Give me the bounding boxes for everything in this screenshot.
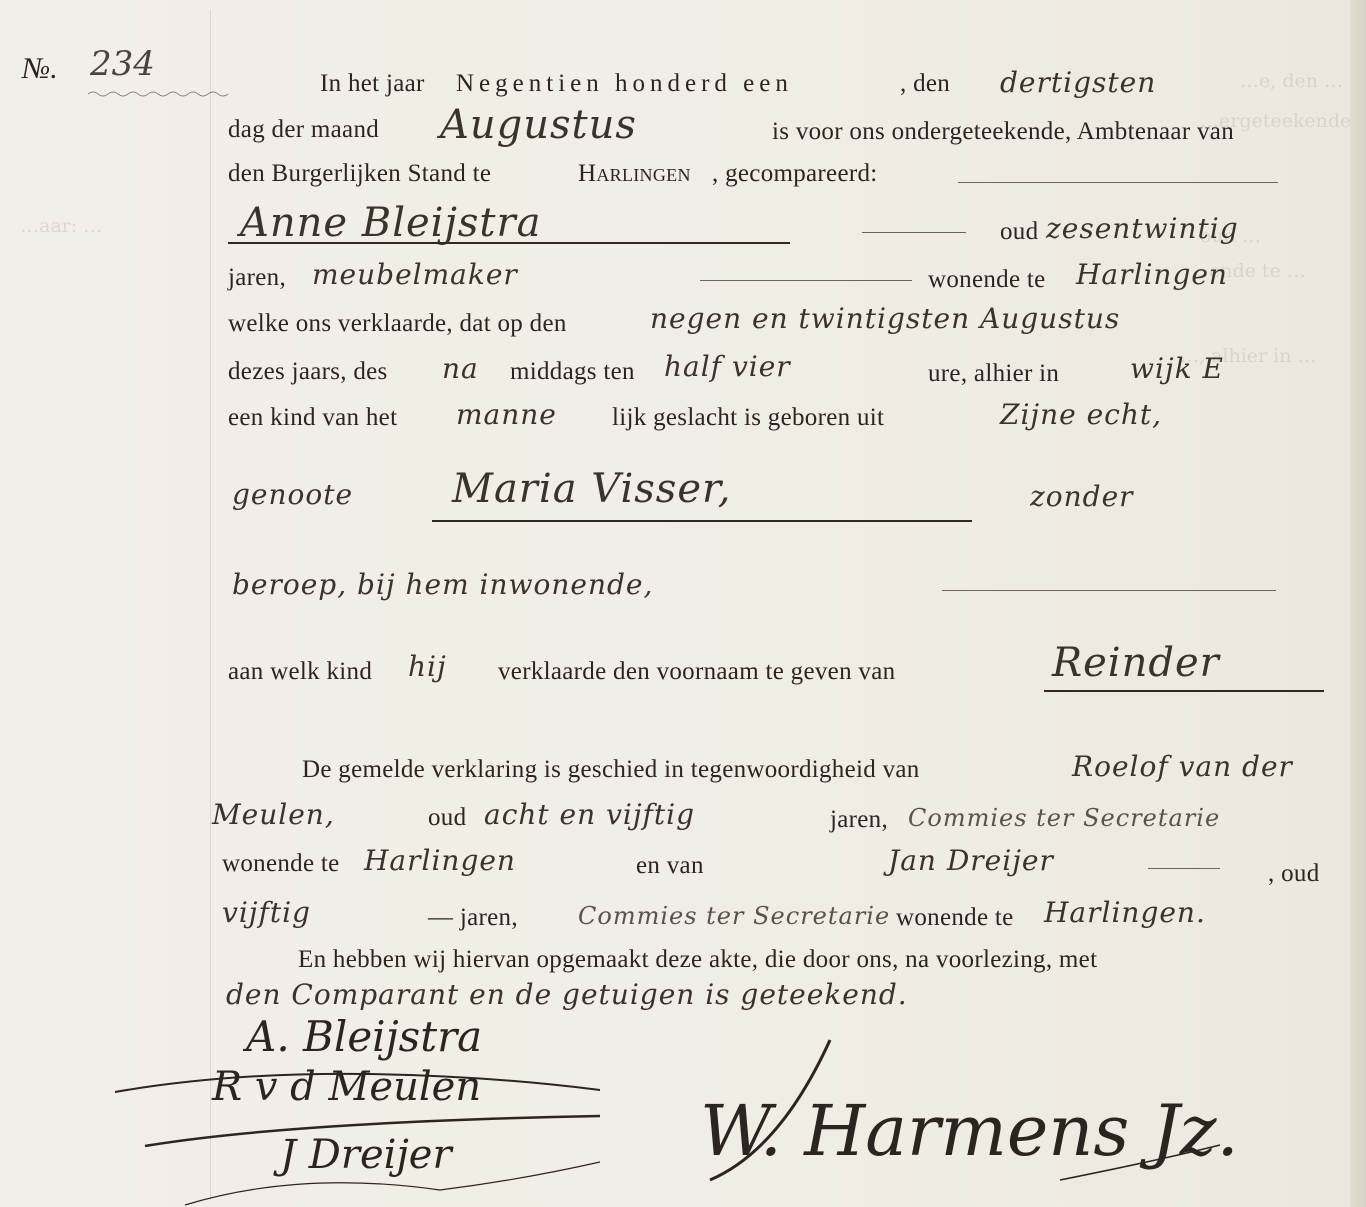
handwritten-mother-occupation: zonder (1030, 480, 1134, 513)
handwritten-age: zesentwintig (1046, 212, 1239, 245)
handwritten-sex: manne (456, 398, 557, 431)
signature-flourish-icon (180, 1150, 610, 1207)
printed-text: lijk geslacht is geboren uit (612, 404, 884, 432)
printed-text: is voor ons ondergeteekende, Ambtenaar v… (772, 118, 1234, 146)
printed-text: jaren, (830, 806, 888, 834)
handwritten-witness1-age: acht en vijftig (484, 798, 695, 831)
printed-text: De gemelde verklaring is geschied in teg… (302, 756, 920, 784)
printed-text: wonende te (928, 266, 1046, 294)
handwritten-witness2-residence: Harlingen. (1044, 896, 1206, 929)
handwritten-witness1-surname: Meulen, (212, 798, 335, 831)
name-underline (1044, 690, 1324, 692)
printed-text: — jaren, (428, 904, 518, 932)
printed-text: en van (636, 852, 704, 880)
blank-rule (1148, 868, 1220, 869)
blank-rule (862, 232, 966, 233)
printed-text: wonende te (896, 904, 1014, 932)
printed-text: En hebben wij hiervan opgemaakt deze akt… (298, 946, 1097, 974)
printed-text: In het jaar (320, 70, 425, 98)
bleed-through-text: …aar: … (20, 215, 102, 237)
handwritten-text: beroep, bij hem inwonende, (232, 568, 653, 601)
printed-text: , gecompareerd: (712, 160, 878, 188)
handwritten-father-name: Anne Bleijstra (240, 200, 541, 246)
printed-text: oud (1000, 218, 1038, 246)
record-number: 234 (90, 44, 155, 84)
signature-flourish-icon (680, 1030, 1240, 1207)
handwritten-text: hij (408, 650, 447, 683)
handwritten-witness2-name: Jan Dreijer (888, 844, 1054, 877)
printed-text: welke ons verklaarde, dat op den (228, 310, 567, 338)
printed-text: wonende te (222, 850, 340, 878)
blank-rule (700, 280, 912, 281)
handwritten-mother-name: Maria Visser, (452, 466, 731, 512)
handwritten-month: Augustus (440, 102, 637, 148)
handwritten-text: na (442, 352, 479, 385)
page-edge (1350, 0, 1366, 1207)
printed-text: dag der maand (228, 116, 379, 144)
printed-text: aan welk kind (228, 658, 372, 686)
printed-text: Negentien honderd een (456, 70, 793, 98)
handwritten-child-name: Reinder (1052, 640, 1220, 686)
handwritten-witness2-occupation: Commies ter Secretarie (578, 902, 890, 930)
name-underline (432, 520, 972, 522)
printed-text: jaren, (228, 264, 286, 292)
handwritten-residence: Harlingen (1076, 258, 1228, 291)
handwritten-occupation: meubelmaker (312, 258, 518, 291)
printed-text: oud (428, 804, 466, 832)
handwritten-witness1-residence: Harlingen (364, 844, 516, 877)
printed-text: den Burgerlijken Stand te (228, 160, 491, 188)
handwritten-witness1-name: Roelof van der (1072, 750, 1293, 783)
printed-text: een kind van het (228, 404, 397, 432)
blank-rule (942, 590, 1276, 591)
printed-text: ure, alhier in (928, 360, 1059, 388)
handwritten-witness2-age: vijftig (222, 896, 311, 929)
printed-text: dezes jaars, des (228, 358, 388, 386)
handwritten-birth-place: wijk E (1130, 352, 1224, 385)
handwritten-closing: den Comparant en de getuigen is geteeken… (226, 978, 908, 1011)
bleed-through-text: …e, den … (1240, 70, 1343, 92)
record-number-label: №. (22, 52, 58, 86)
handwritten-day: dertigsten (1000, 66, 1156, 99)
printed-municipality: Harlingen (578, 160, 691, 188)
handwritten-birth-time: half vier (664, 350, 791, 383)
name-underline (228, 242, 790, 244)
printed-text: verklaarde den voornaam te geven van (498, 658, 895, 686)
handwritten-birth-date: negen en twintigsten Augustus (650, 302, 1120, 335)
printed-text: , oud (1268, 860, 1320, 888)
handwritten-text: genoote (232, 478, 353, 511)
printed-text: , den (900, 70, 950, 98)
handwritten-text: Zijne echt, (1000, 398, 1162, 431)
handwritten-witness1-occupation: Commies ter Secretarie (908, 804, 1220, 832)
wavy-underline-icon (88, 90, 228, 98)
margin-rule (210, 10, 211, 1200)
printed-text: middags ten (510, 358, 635, 386)
blank-rule (958, 182, 1278, 183)
signature-witness1: R v d Meulen (212, 1064, 481, 1110)
document-page: …e, den … …ergeteekende, A… …aar: … oud … (0, 0, 1350, 1207)
